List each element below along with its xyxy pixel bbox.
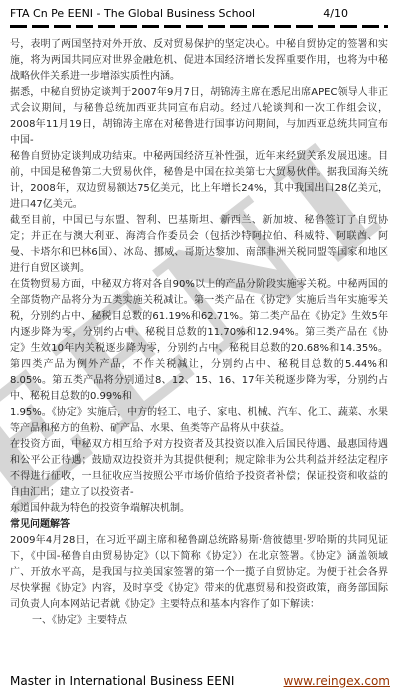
paragraph-signing: 号，表明了两国坚持对外开放、反对贸易保护的坚定决心。中秘自贸协定的签署和实施，将… bbox=[10, 37, 388, 85]
paragraph-goods-trade: 在货物贸易方面，中秘双方将对各自90%以上的产品分阶段实施零关税。中秘两国的全部… bbox=[10, 277, 388, 437]
footer-program-label: Master in International Business EENI bbox=[10, 674, 234, 688]
page-header: FTA Cn Pe EENI - The Global Business Sch… bbox=[0, 0, 398, 20]
page-number: 4/10 bbox=[323, 7, 348, 20]
paragraph-faq-intro: 2009年4月28日，在习近平副主席和秘鲁副总统路易斯·詹彼德里·罗哈斯的共同见… bbox=[10, 533, 388, 613]
paragraph-fta-partners: 截至目前，中国已与东盟、智利、巴基斯坦、新西兰、新加坡、秘鲁签订了自贸协定；并正… bbox=[10, 213, 388, 277]
list-item-main-features: 一、《协定》主要特点 bbox=[10, 613, 388, 629]
website-link[interactable]: www.reingex.com bbox=[284, 674, 390, 688]
paragraph-negotiation-history: 据悉，中秘自贸协定谈判于2007年9月7日，胡锦涛主席在悉尼出席APEC领导人非… bbox=[10, 85, 388, 213]
document-body: 号，表明了两国坚持对外开放、反对贸易保护的坚定决心。中秘自贸协定的签署和实施，将… bbox=[0, 28, 398, 629]
page-footer: Master in International Business EENI ww… bbox=[10, 674, 390, 688]
paragraph-investment: 在投资方面，中秘双方相互给予对方投资者及其投资以准入后国民待遇、最惠国待遇和公平… bbox=[10, 437, 388, 517]
faq-heading: 常见问题解答 bbox=[10, 517, 388, 533]
document-page: EENI FTA Cn Pe EENI - The Global Busines… bbox=[0, 0, 398, 700]
header-title: FTA Cn Pe EENI - The Global Business Sch… bbox=[10, 7, 255, 20]
